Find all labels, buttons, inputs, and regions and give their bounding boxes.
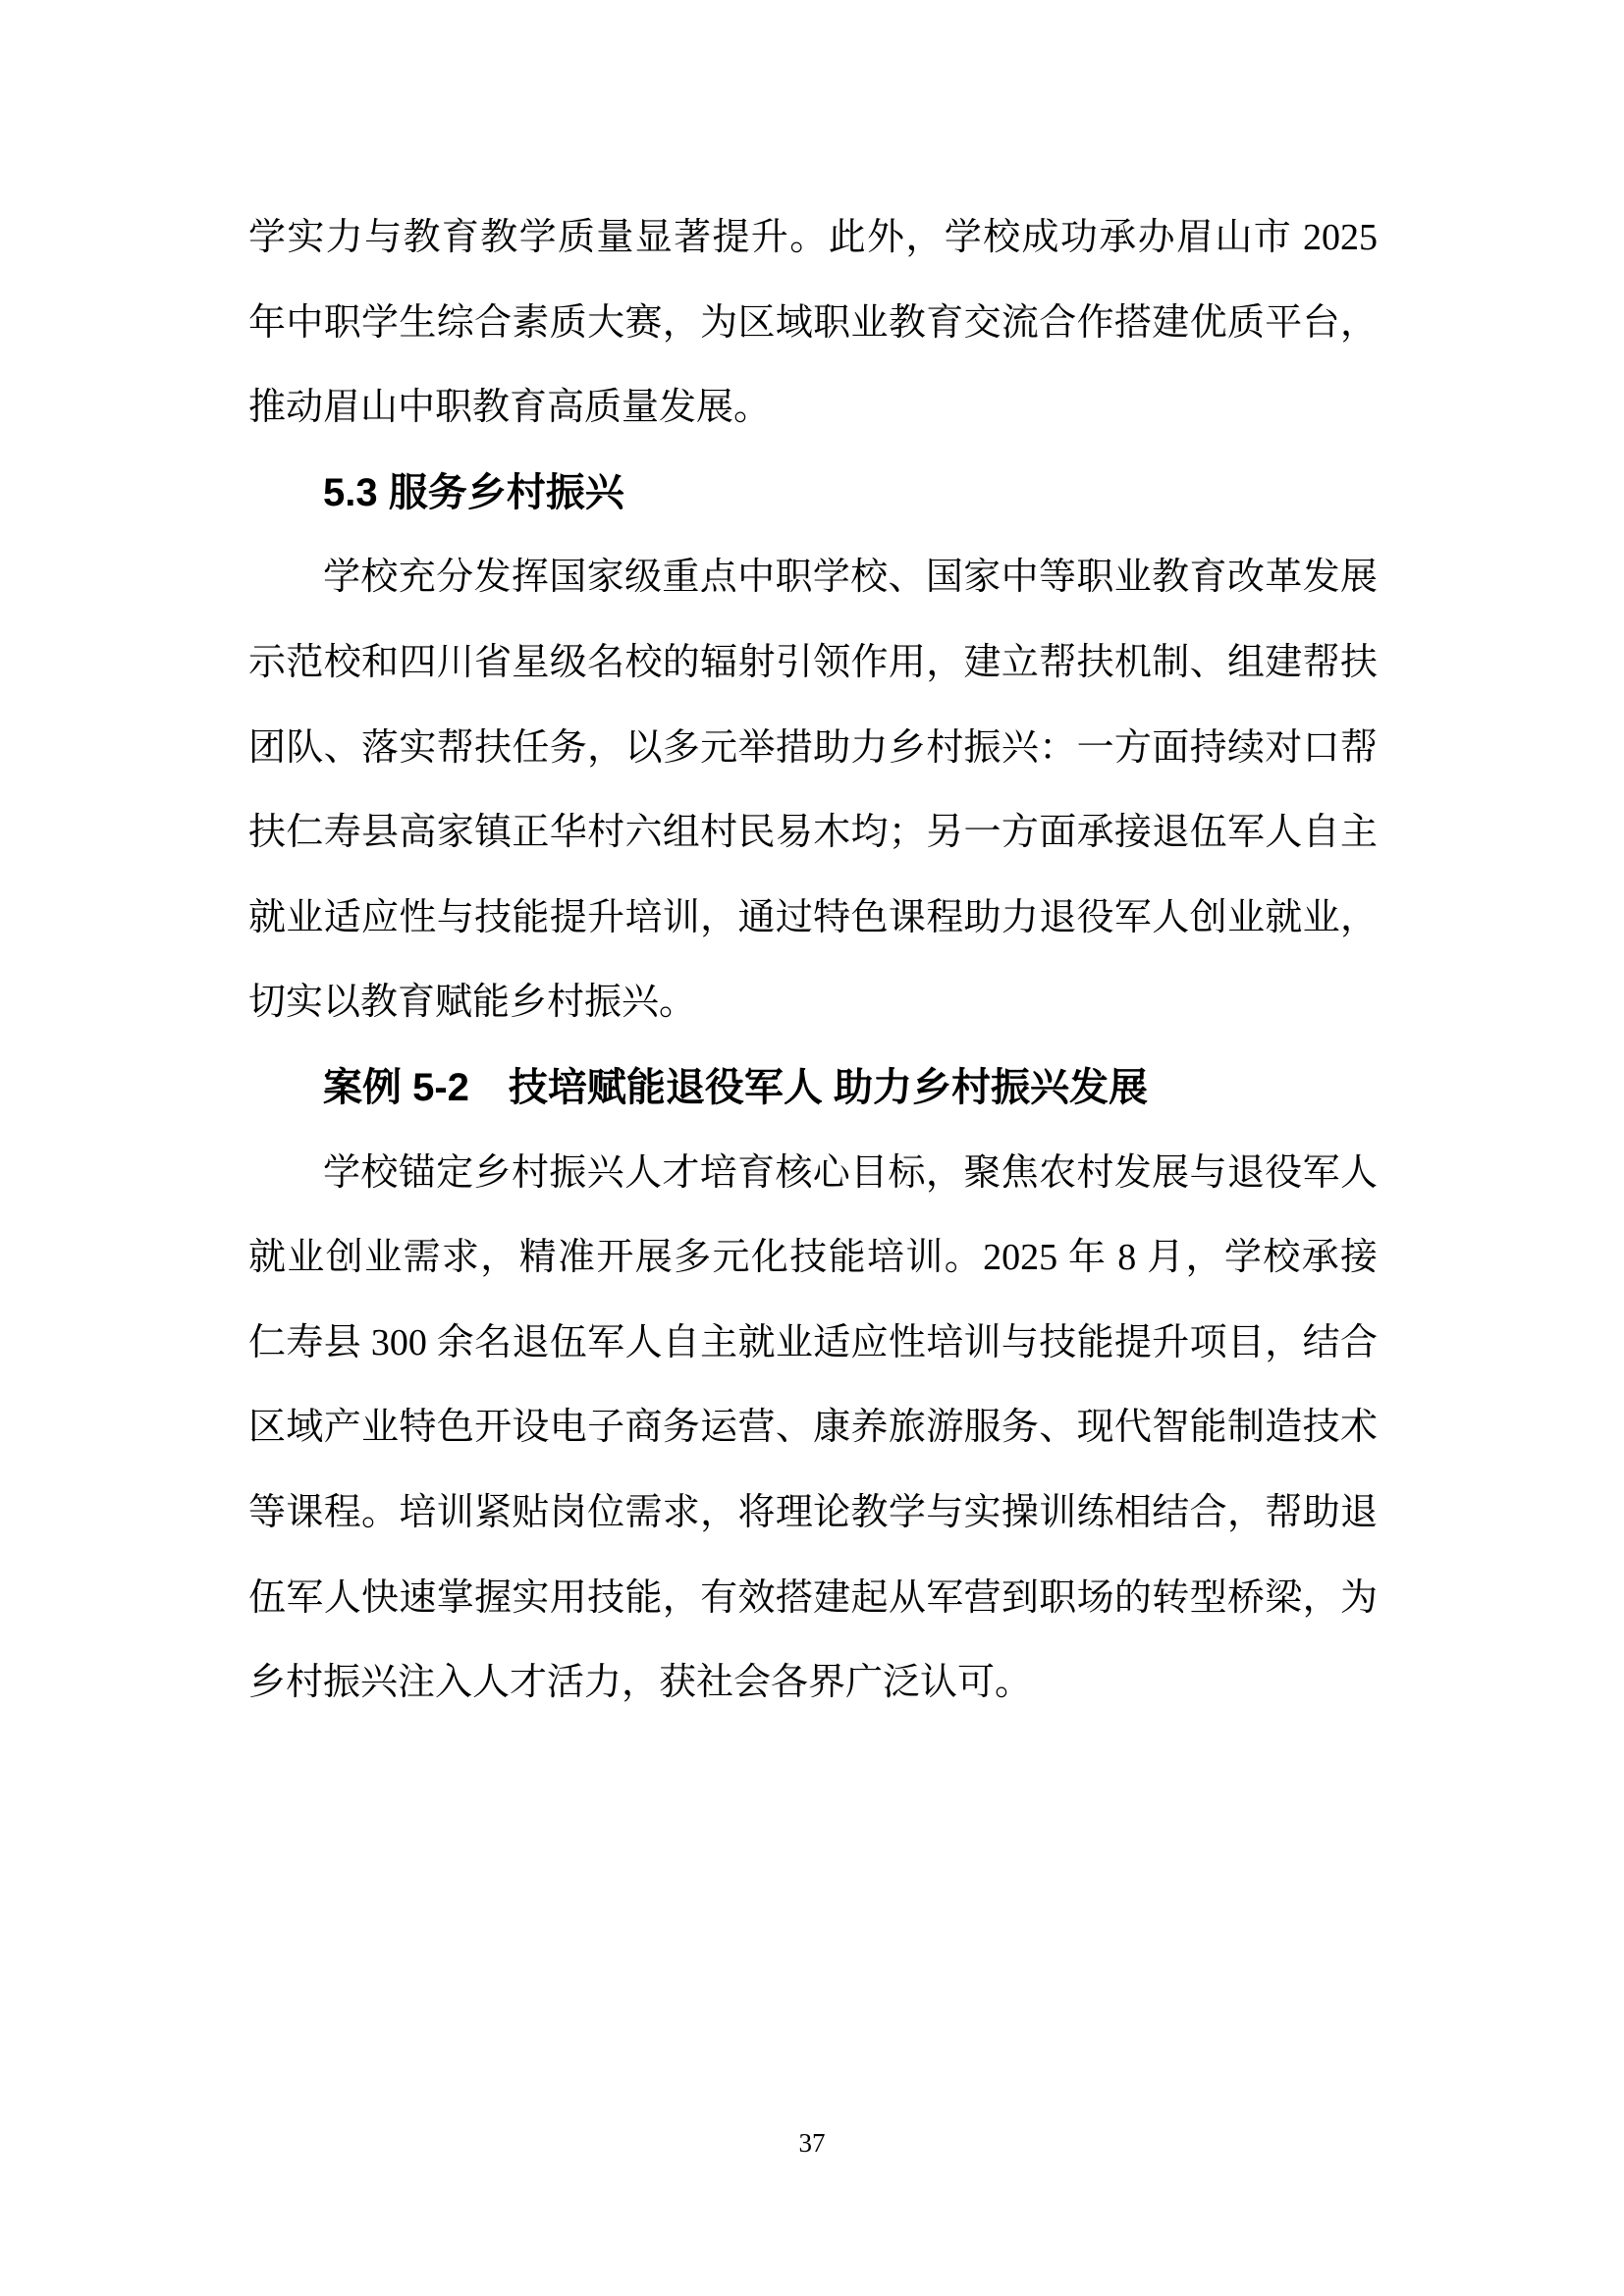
text-line: 就业创业需求，精准开展多元化技能培训。2025 年 8 月，学校承接 <box>248 1215 1378 1301</box>
text-line: 区域产业特色开设电子商务运营、康养旅游服务、现代智能制造技术 <box>248 1385 1378 1470</box>
text-line: 等课程。培训紧贴岗位需求，将理论教学与实操训练相结合，帮助退 <box>248 1470 1378 1556</box>
paragraph-rural-revitalization: 学校充分发挥国家级重点中职学校、国家中等职业教育改革发展 示范校和四川省星级名校… <box>248 535 1378 1045</box>
text-line: 就业适应性与技能提升培训，通过特色课程助力退役军人创业就业， <box>248 876 1378 961</box>
text-line: 示范校和四川省星级名校的辐射引领作用，建立帮扶机制、组建帮扶 <box>248 620 1378 706</box>
page-number: 37 <box>799 2128 826 2158</box>
text-line: 扶仁寿县高家镇正华村六组村民易木均；另一方面承接退伍军人自主 <box>248 790 1378 876</box>
text-line: 学校充分发挥国家级重点中职学校、国家中等职业教育改革发展 <box>248 535 1378 620</box>
section-heading: 5.3 服务乡村振兴 <box>248 451 1378 536</box>
paragraph-case-detail: 学校锚定乡村振兴人才培育核心目标，聚焦农村发展与退役军人 就业创业需求，精准开展… <box>248 1131 1378 1726</box>
paragraph-continued: 学实力与教育教学质量显著提升。此外，学校成功承办眉山市 2025 年中职学生综合… <box>248 195 1378 451</box>
text-line: 年中职学生综合素质大赛，为区域职业教育交流合作搭建优质平台， <box>248 281 1378 366</box>
text-line: 乡村振兴注入人才活力，获社会各界广泛认可。 <box>248 1640 1378 1726</box>
case-heading: 案例 5-2 技培赋能退役军人 助力乡村振兴发展 <box>248 1045 1378 1131</box>
page-footer: 37 <box>0 2123 1624 2163</box>
document-page: 学实力与教育教学质量显著提升。此外，学校成功承办眉山市 2025 年中职学生综合… <box>0 0 1624 2296</box>
text-line: 仁寿县 300 余名退伍军人自主就业适应性培训与技能提升项目，结合 <box>248 1301 1378 1386</box>
text-line: 伍军人快速掌握实用技能，有效搭建起从军营到职场的转型桥梁，为 <box>248 1556 1378 1641</box>
text-line: 团队、落实帮扶任务，以多元举措助力乡村振兴：一方面持续对口帮 <box>248 706 1378 791</box>
page-body: 学实力与教育教学质量显著提升。此外，学校成功承办眉山市 2025 年中职学生综合… <box>248 195 1378 1726</box>
text-line: 切实以教育赋能乡村振兴。 <box>248 960 1378 1045</box>
text-line: 学校锚定乡村振兴人才培育核心目标，聚焦农村发展与退役军人 <box>248 1131 1378 1216</box>
text-line: 学实力与教育教学质量显著提升。此外，学校成功承办眉山市 2025 <box>248 195 1378 281</box>
text-line: 推动眉山中职教育高质量发展。 <box>248 365 1378 451</box>
